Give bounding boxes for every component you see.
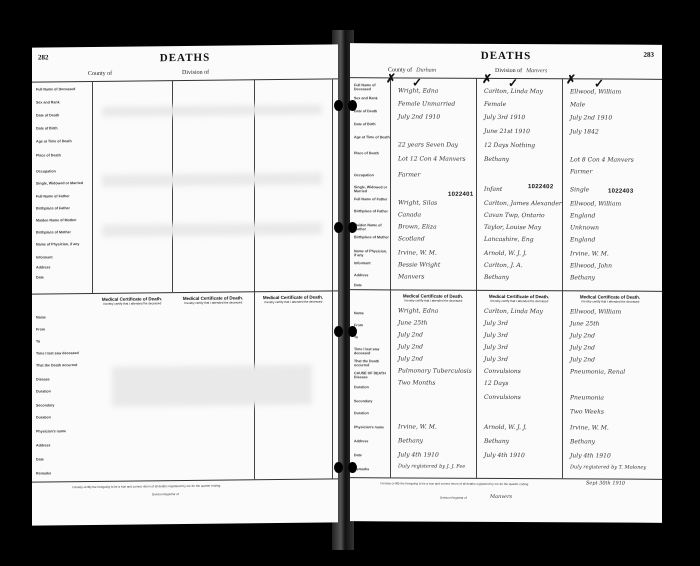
redacted-region <box>102 105 322 117</box>
binding-hole <box>334 462 343 473</box>
medical-certificate-heading: Medical Certificate of Death.I hereby ce… <box>476 294 562 303</box>
medical-certificate-heading: Medical Certificate of Death.I hereby ce… <box>92 296 172 306</box>
registrar-certification: I hereby certify the foregoing to be a t… <box>380 481 580 486</box>
divider <box>350 477 662 480</box>
entry-2: Carlton, Linda May Female July 3rd 1910 … <box>350 43 662 45</box>
medical-certificate-heading: Medical Certificate of Death.I hereby ce… <box>172 295 254 305</box>
division-field: Division ofManvers <box>495 68 547 74</box>
left-page: 282 DEATHS County of Division of Full Na… <box>32 44 338 525</box>
registration-number: 1022402 <box>528 184 553 190</box>
column-divider <box>476 78 477 478</box>
certificate-row-labels: Name From To Time I last saw deceased Th… <box>36 315 92 486</box>
redacted-region <box>112 365 312 407</box>
binding-hole <box>334 326 343 337</box>
county-field: County of <box>88 71 116 77</box>
binding-hole <box>348 100 357 111</box>
row-labels: Full Name of Deceased Sex and Rank Date … <box>354 83 390 293</box>
medical-certificate-heading: Medical Certificate of Death.I hereby ce… <box>562 294 658 304</box>
certificate-row-labels: Name From To Time I last saw deceased Th… <box>354 311 390 481</box>
check-mark-icon: ✗ <box>482 72 492 87</box>
certificate-2: Carlton, Linda May July 3rd July 3rd Jul… <box>350 43 662 45</box>
certificate-1: Wright, Edna June 25th July 2nd July 2nd… <box>350 43 662 45</box>
binding-hole <box>334 222 343 233</box>
divider <box>350 77 662 80</box>
division-field: Division of <box>182 70 213 76</box>
column-divider <box>254 79 255 479</box>
column-divider <box>92 81 93 293</box>
certificate-3: Ellwood, William June 25th July 2nd July… <box>350 43 662 45</box>
column-divider <box>332 78 333 478</box>
registrar-label: Division Registrar of <box>440 496 467 500</box>
column-divider <box>562 78 563 478</box>
column-divider <box>390 77 391 477</box>
entry-1: Wright, Edna Female Unmarried July 2nd 1… <box>350 43 662 45</box>
registration-number: 1022403 <box>608 189 633 195</box>
registrar-label: Division Registrar of <box>152 492 179 496</box>
registrar-certification: I hereby certify the foregoing to be a t… <box>72 483 312 490</box>
redacted-region <box>102 173 322 187</box>
page-title: DEATHS <box>350 49 662 63</box>
row-labels: Full Name of Deceased Sex and Rank Date … <box>36 87 92 288</box>
medical-certificate-heading: Medical Certificate of Death.I hereby ce… <box>254 294 332 304</box>
binding-hole <box>348 462 357 473</box>
binding-hole <box>348 326 357 337</box>
entry-3: Ellwood, William Male July 2nd 1910 July… <box>350 43 662 45</box>
right-page: 283 DEATHS County ofDurham Division ofMa… <box>350 43 662 523</box>
redacted-region <box>102 223 322 237</box>
binding-hole <box>348 222 357 233</box>
binding-hole <box>334 100 343 111</box>
page-title: DEATHS <box>32 50 338 65</box>
medical-certificate-heading: Medical Certificate of Death.I hereby ce… <box>390 293 476 302</box>
registration-number: 1022401 <box>448 192 473 198</box>
check-mark-icon: ✗ <box>566 72 576 87</box>
registrar-division: Manvers <box>490 494 512 500</box>
quarter-ending-date: Sept 30th 1910 <box>586 480 625 486</box>
divider <box>32 78 338 82</box>
divider <box>350 289 662 292</box>
